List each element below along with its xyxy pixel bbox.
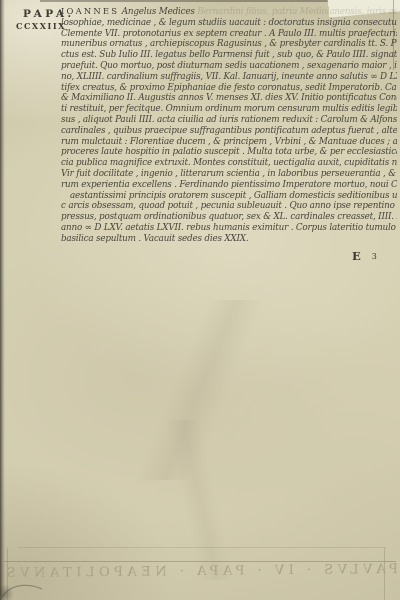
body-line: pressus, postquam ordinationibus quatuor… <box>61 212 397 223</box>
frame-rule-upper <box>18 547 386 548</box>
body-line: sus , aliquot Pauli IIII. acta ciuilia a… <box>61 115 397 126</box>
body-line: ti restituit, per fecitque. Omnium ordin… <box>61 104 397 115</box>
signature-number: 3 <box>372 252 377 261</box>
page-left-edge-shadow <box>0 0 5 600</box>
body-line: cia publica magnifice extruxit. Montes c… <box>61 158 397 169</box>
scanned-book-page: PAPA. CCXXIIX IOANNES Angelus Medices Be… <box>0 0 400 600</box>
body-line: tifex creatus, & proximo Epiphaniae die … <box>61 83 397 94</box>
body-line: & Maximiliano II. Augustis annos V. mens… <box>61 93 397 104</box>
paper-crease <box>0 300 400 480</box>
body-line-1-text: Angelus Medices <box>122 7 195 17</box>
body-line-1: IOANNES Angelus Medices Bernardini filiu… <box>61 6 397 18</box>
body-line: Clemente VII. protonotarius ex septem cr… <box>61 29 397 40</box>
faded-ink-text: Bernardini filius, patria Mediolanensis,… <box>197 7 397 17</box>
body-text-block: IOANNES Angelus Medices Bernardini filiu… <box>61 6 397 254</box>
body-line: basilica sepultum . Vacauit sedes dies X… <box>61 234 397 245</box>
pope-name-small-caps: IOANNES <box>61 6 119 16</box>
body-line: praefuit. Quo mortuo, post diuturnam sed… <box>61 61 397 72</box>
showthrough-frame: PAVLVS · IV · PAPA · NEAPOLITANVS <box>0 544 400 600</box>
body-line: muneribus ornatus , archiepiscopus Ragus… <box>61 39 397 50</box>
signature-letter: E <box>352 249 361 263</box>
body-line: rum experientia excellens . Ferdinando p… <box>61 180 397 191</box>
body-line: anno ∞ D LXV. aetatis LXVII. rebus human… <box>61 223 397 234</box>
body-line: c arcis obsessam, quoad potuit , pecunia… <box>61 201 397 212</box>
body-line: Vir fuit docilitate , ingenio , litterar… <box>61 169 397 180</box>
paper-background: PAPA. CCXXIIX IOANNES Angelus Medices Be… <box>0 0 400 600</box>
body-line: cardinales , quibus praecipue suffragant… <box>61 126 397 137</box>
body-line: ctus est. Sub Iulio III. legatus bello P… <box>61 50 397 61</box>
body-line: losophiae, medicinae , & legum studiis u… <box>61 18 397 29</box>
signature-mark: E3 <box>352 245 377 264</box>
body-line: rum mulctauit : Florentiae ducem , & pri… <box>61 137 397 148</box>
body-line: proceres laute hospitio in palatio susce… <box>61 147 397 158</box>
showthrough-caption: PAVLVS · IV · PAPA · NEAPOLITANVS <box>0 562 400 581</box>
body-line: aestantissimi principis oratorem suscepi… <box>61 191 397 202</box>
body-line: no, XLIIII. cardinalium suffragiis, VII.… <box>61 72 397 83</box>
